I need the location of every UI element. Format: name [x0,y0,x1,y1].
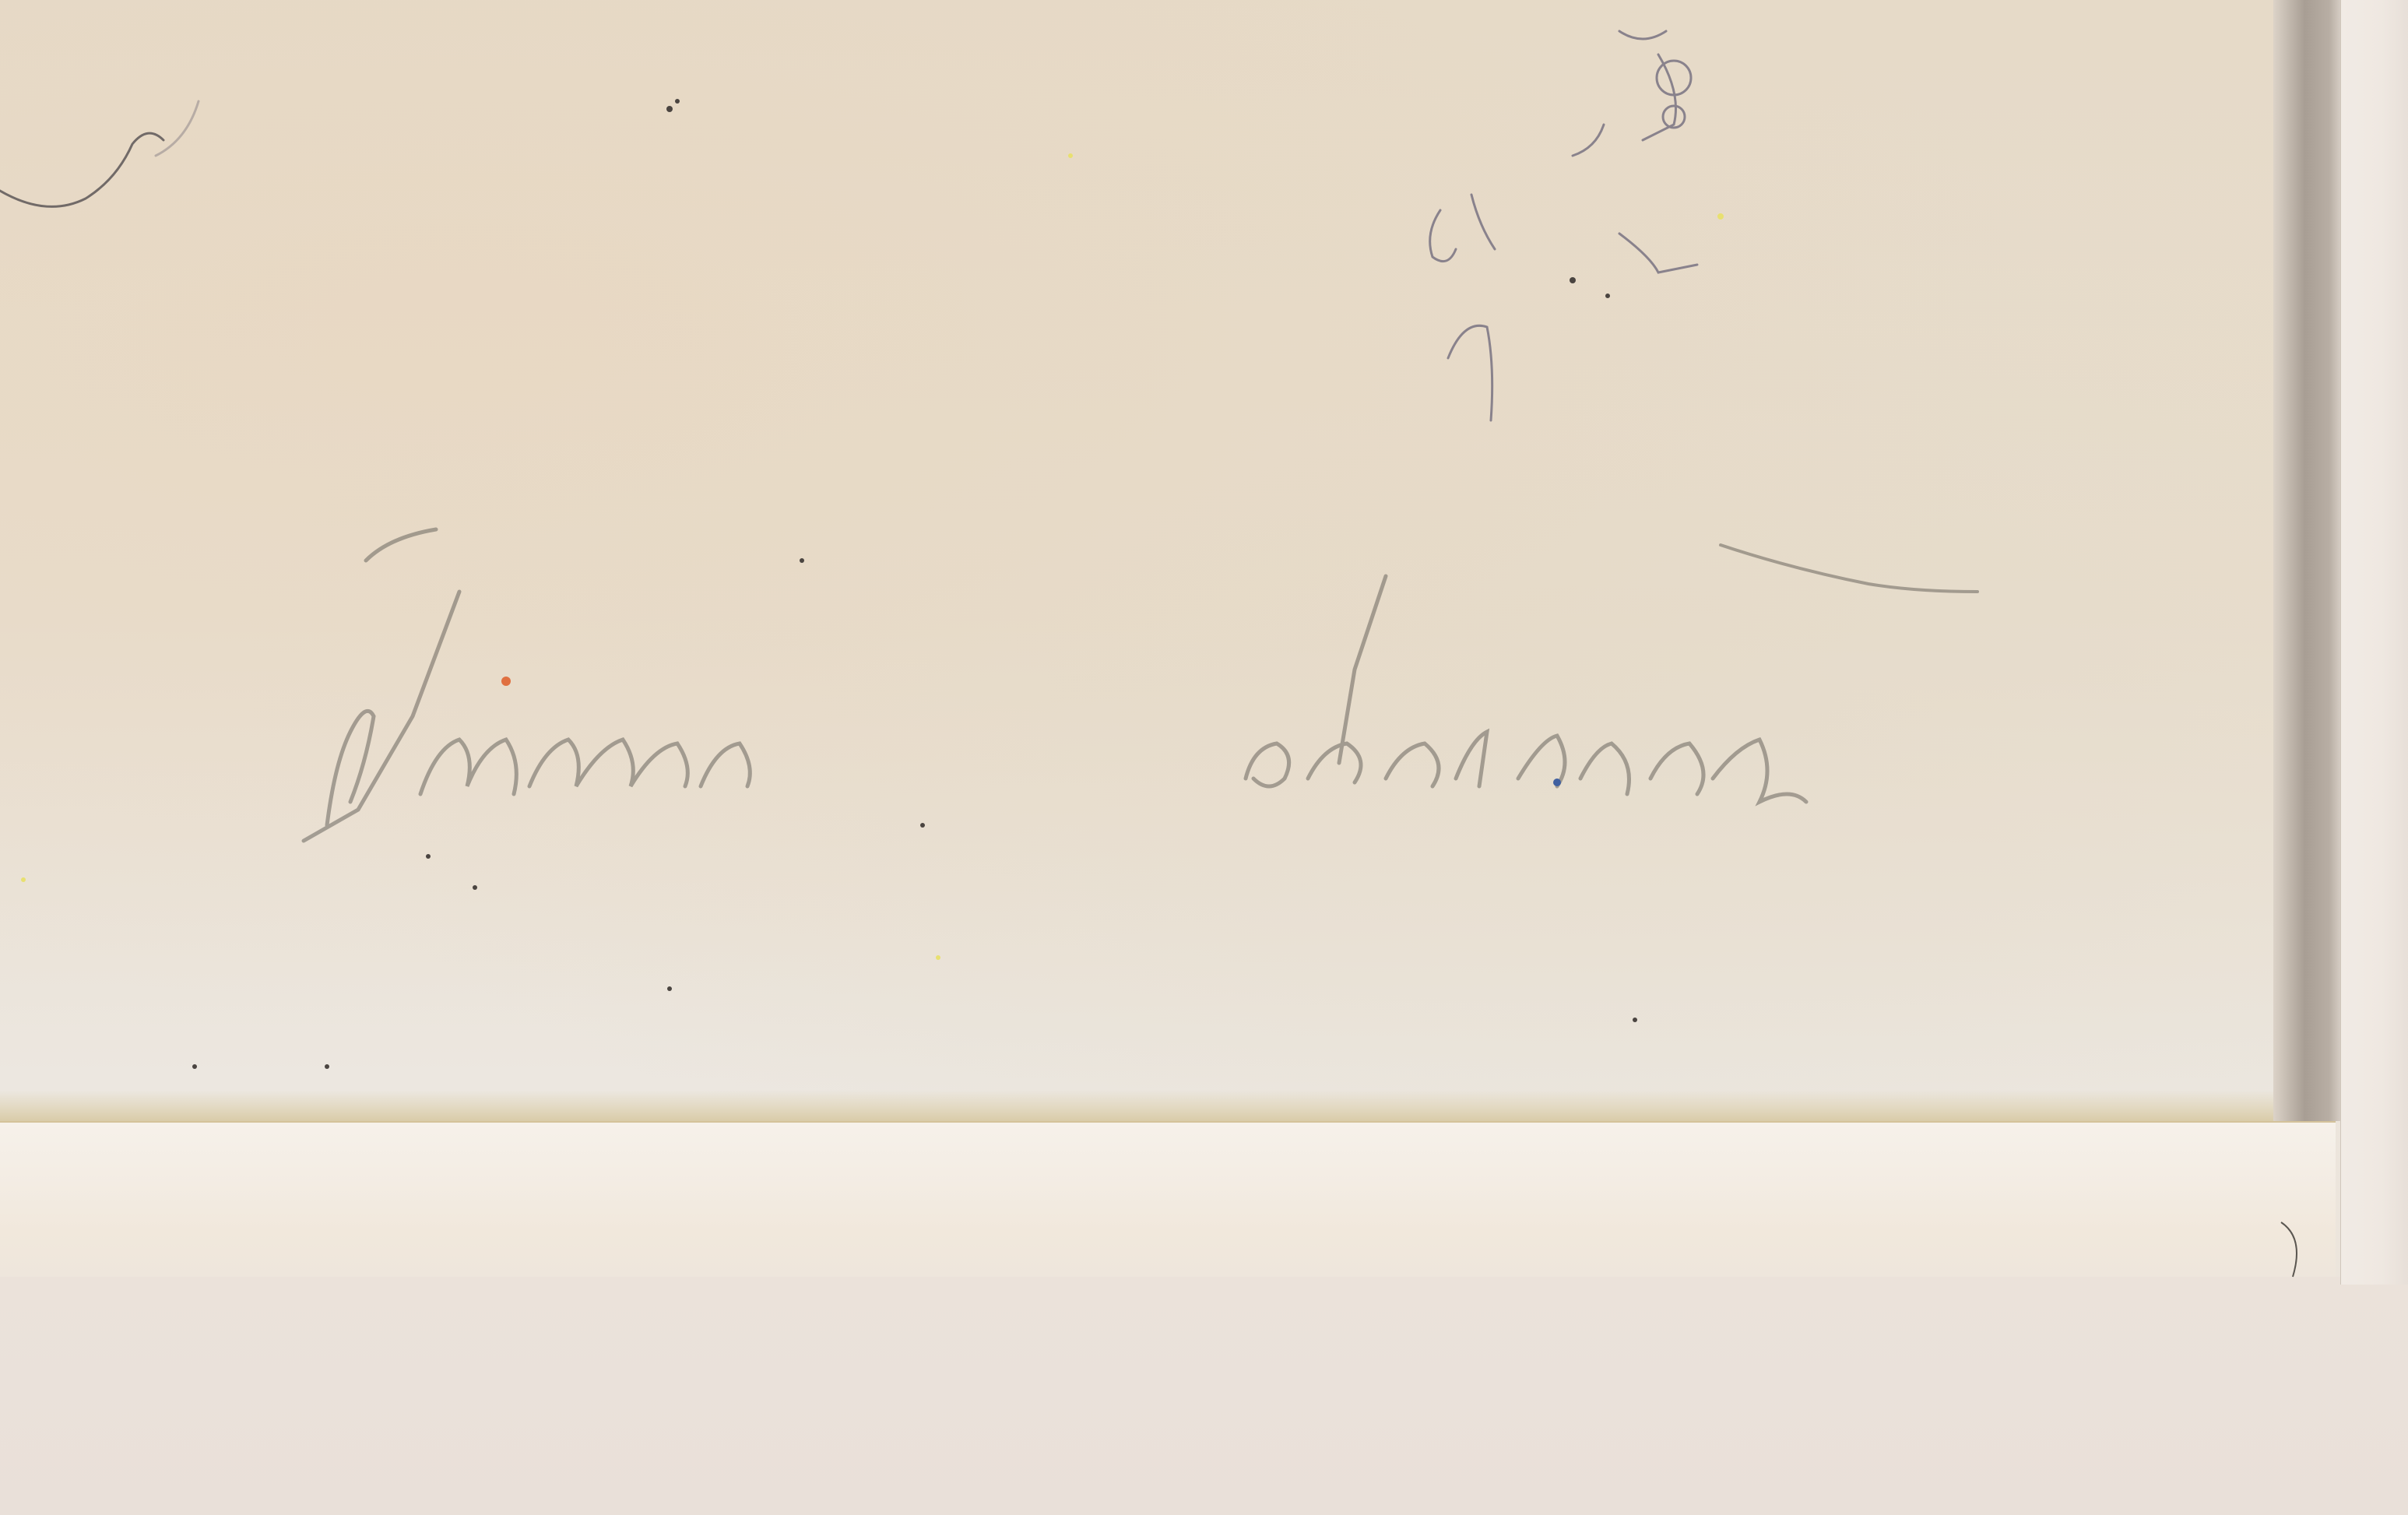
signature [304,529,1977,841]
pencil-marks [0,0,2408,1515]
